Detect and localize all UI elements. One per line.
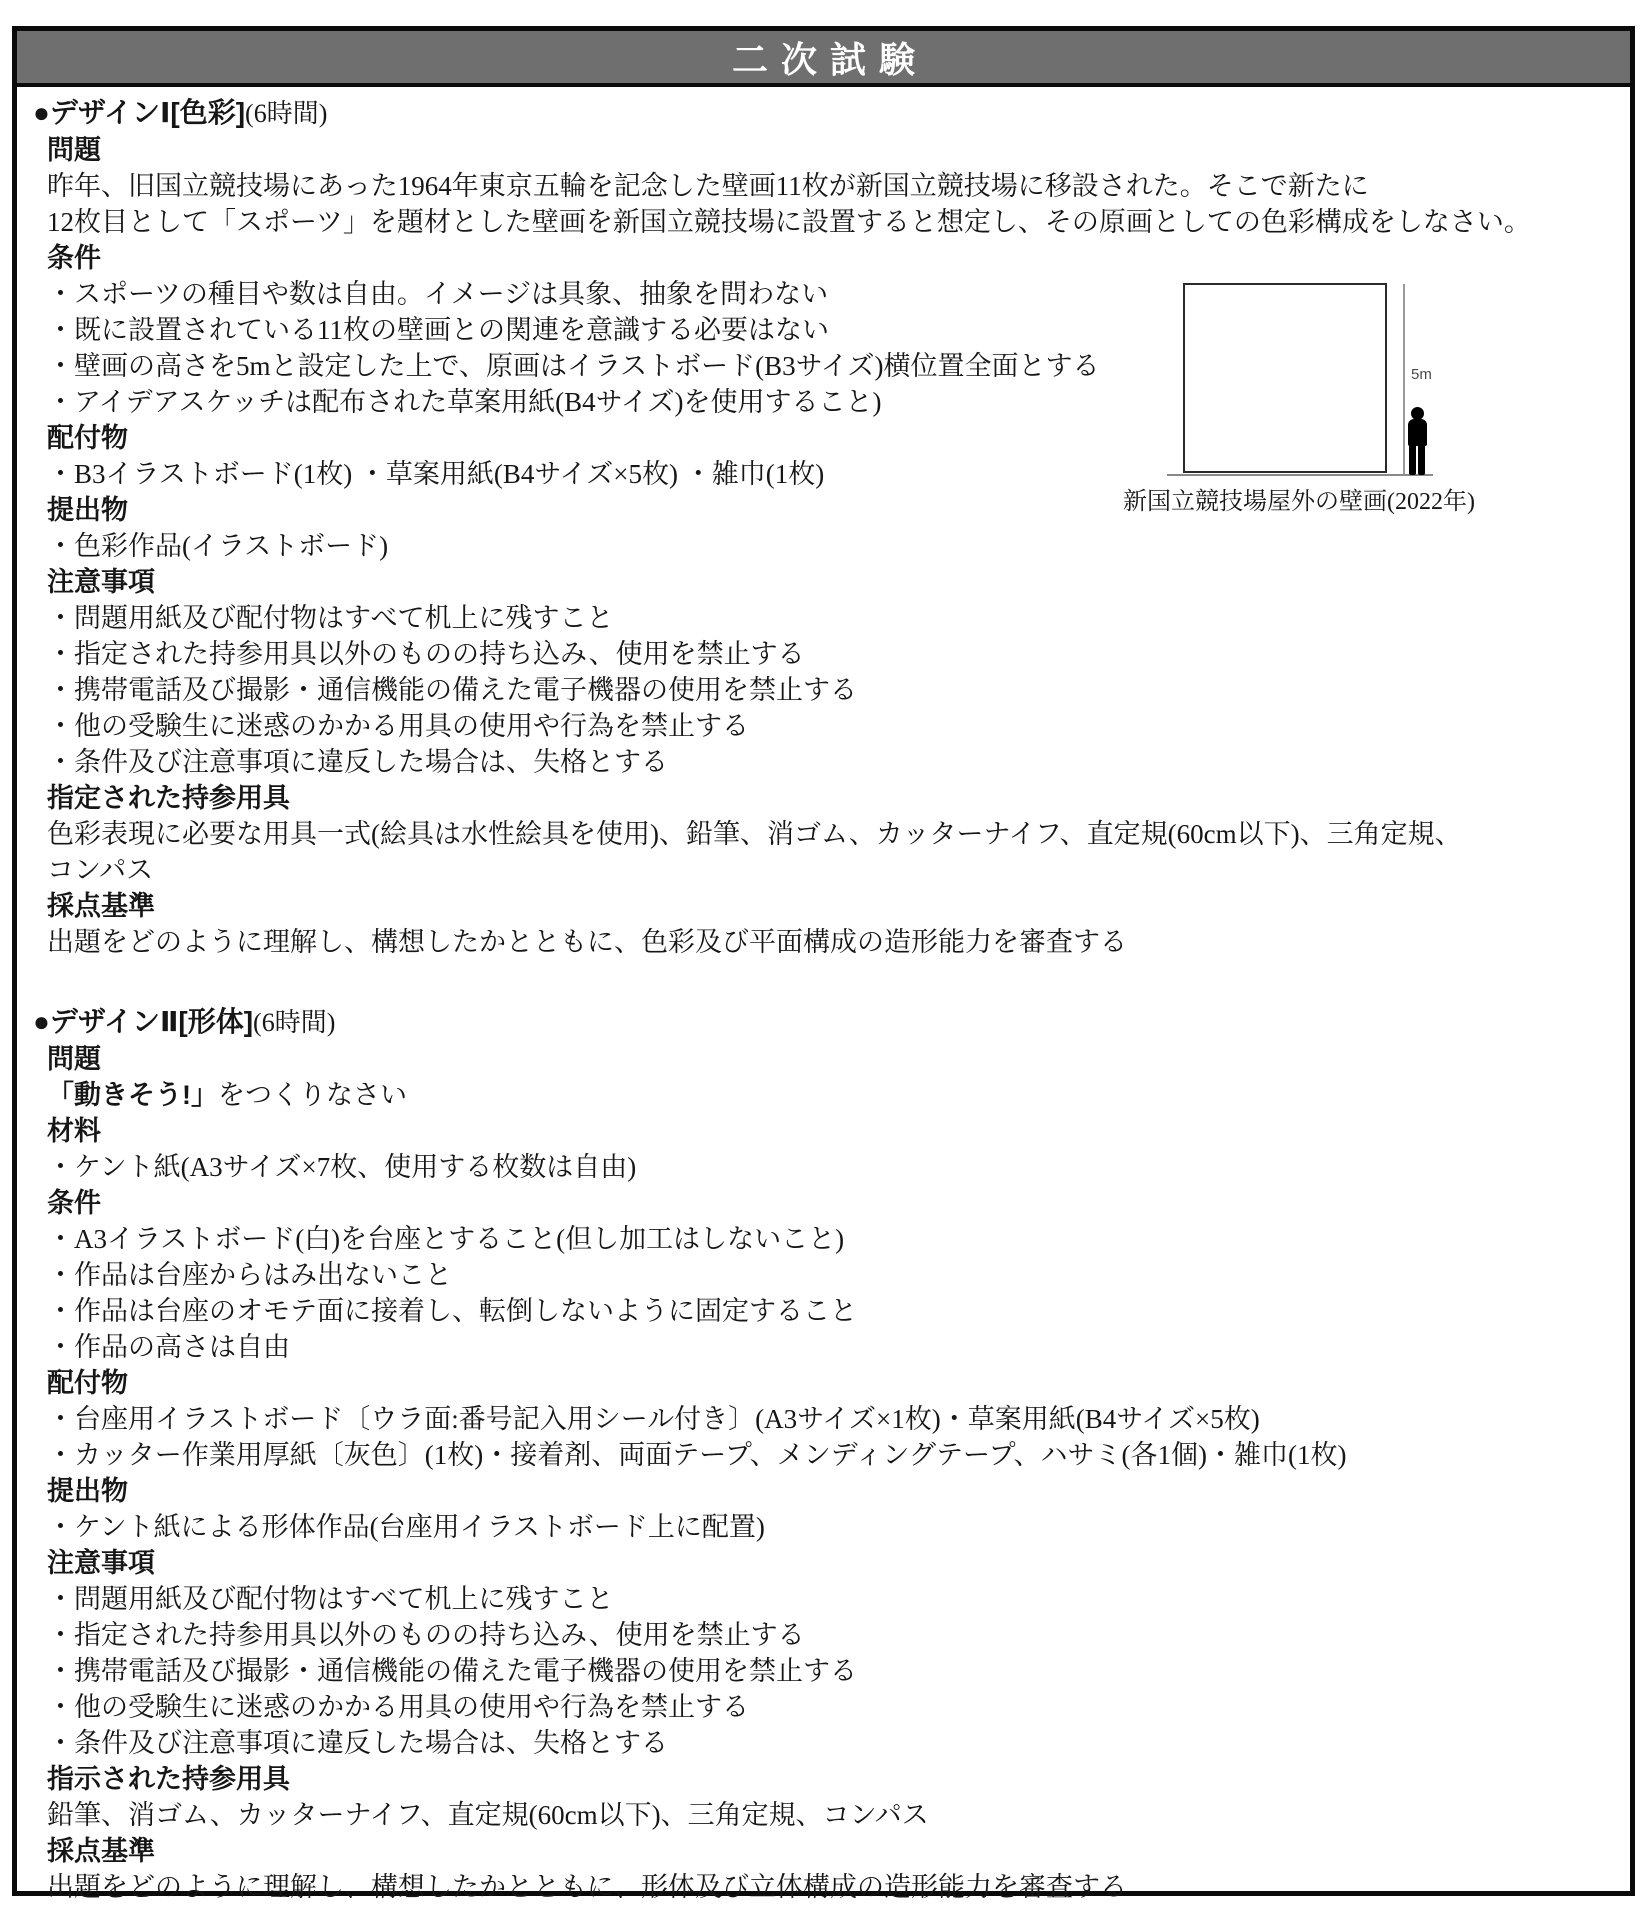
- design2-handout-item: ・台座用イラストボード〔ウラ面:番号記入用シール付き〕(A3サイズ×1枚)・草案…: [47, 1401, 1614, 1437]
- exam-header-bar: 二次試験: [17, 31, 1630, 87]
- design2-notes-heading: 注意事項: [47, 1545, 1614, 1581]
- design1-problem-line-2: 12枚目として「スポーツ」を題材とした壁画を新国立競技場に設置すると想定し、その…: [47, 204, 1614, 240]
- ground-line: [1167, 474, 1433, 476]
- design2-note-item: ・携帯電話及び撮影・通信機能の備えた電子機器の使用を禁止する: [47, 1653, 1614, 1689]
- design2-title: ●デザインⅡ[形体](6時間): [33, 1004, 1614, 1041]
- design1-conditions-heading: 条件: [47, 240, 1614, 276]
- design2-title-hours: (6時間): [253, 1008, 335, 1037]
- person-torso: [1408, 419, 1427, 446]
- design2-conditions-heading: 条件: [47, 1185, 1614, 1221]
- design2-note-item: ・指定された持参用具以外のものの持ち込み、使用を禁止する: [47, 1617, 1614, 1653]
- design1-note-item: ・携帯電話及び撮影・通信機能の備えた電子機器の使用を禁止する: [47, 672, 1614, 708]
- document-body: ●デザインⅠ[色彩](6時間) 問題 昨年、旧国立競技場にあった1964年東京五…: [17, 87, 1630, 1905]
- design2-condition-item: ・作品は台座のオモテ面に接着し、転倒しないように固定すること: [47, 1293, 1614, 1329]
- design1-tools-line-2: コンパス: [47, 852, 1614, 888]
- design2-submission-heading: 提出物: [47, 1473, 1614, 1509]
- design2-note-item: ・条件及び注意事項に違反した場合は、失格とする: [47, 1725, 1614, 1761]
- design1-grading-text: 出題をどのように理解し、構想したかとともに、色彩及び平面構成の造形能力を審査する: [47, 924, 1614, 960]
- design1-problem-line-1: 昨年、旧国立競技場にあった1964年東京五輪を記念した壁画11枚が新国立競技場に…: [47, 168, 1614, 204]
- design2-grading-text: 出題をどのように理解し、構想したかとともに、形体及び立体構成の造形能力を審査する: [47, 1869, 1614, 1905]
- design1-note-item: ・他の受験生に迷惑のかかる用具の使用や行為を禁止する: [47, 708, 1614, 744]
- mural-wall-rectangle: [1183, 283, 1387, 473]
- design2-note-item: ・他の受験生に迷惑のかかる用具の使用や行為を禁止する: [47, 1689, 1614, 1725]
- design1-tools-line-1: 色彩表現に必要な用具一式(絵具は水性絵具を使用)、鉛筆、消ゴム、カッターナイフ、…: [47, 816, 1614, 852]
- design2-material-item: ・ケント紙(A3サイズ×7枚、使用する枚数は自由): [47, 1149, 1614, 1185]
- document-frame: 二次試験 ●デザインⅠ[色彩](6時間) 問題 昨年、旧国立競技場にあった196…: [12, 26, 1635, 1896]
- design1-submission-item: ・色彩作品(イラストボード): [47, 528, 1614, 564]
- design2-handout-item: ・カッター作業用厚紙〔灰色〕(1枚)・接着剤、両面テープ、メンディングテープ、ハ…: [47, 1437, 1614, 1473]
- person-leg: [1418, 446, 1425, 475]
- design2-handouts-heading: 配付物: [47, 1365, 1614, 1401]
- design2-tools-heading: 指示された持参用具: [47, 1761, 1614, 1797]
- design2-problem-rest: をつくりなさい: [218, 1080, 407, 1110]
- design2-tools-text: 鉛筆、消ゴム、カッターナイフ、直定規(60cm以下)、三角定規、コンパス: [47, 1797, 1614, 1833]
- design1-problem-heading: 問題: [47, 132, 1614, 168]
- design1-title-main: ●デザインⅠ[色彩]: [33, 97, 245, 128]
- person-silhouette-icon: [1404, 407, 1430, 475]
- section-design2: ●デザインⅡ[形体](6時間) 問題 「動きそう!」をつくりなさい 材料 ・ケン…: [33, 1004, 1614, 1905]
- mural-scale-figure: 5m 新国立競技場屋外の壁画(2022年): [1167, 283, 1467, 533]
- figure-caption: 新国立競技場屋外の壁画(2022年): [1123, 487, 1475, 517]
- design2-problem-bold: 「動きそう!」: [47, 1080, 218, 1110]
- design1-notes-heading: 注意事項: [47, 564, 1614, 600]
- design1-note-item: ・条件及び注意事項に違反した場合は、失格とする: [47, 744, 1614, 780]
- design2-condition-item: ・作品は台座からはみ出ないこと: [47, 1257, 1614, 1293]
- person-leg: [1409, 446, 1416, 475]
- design2-title-main: ●デザインⅡ[形体]: [33, 1006, 253, 1037]
- design2-grading-heading: 採点基準: [47, 1833, 1614, 1869]
- height-label: 5m: [1411, 357, 1432, 393]
- design2-submission-item: ・ケント紙による形体作品(台座用イラストボード上に配置): [47, 1509, 1614, 1545]
- design2-materials-heading: 材料: [47, 1113, 1614, 1149]
- design2-problem-heading: 問題: [47, 1041, 1614, 1077]
- exam-title: 二次試験: [719, 32, 928, 83]
- design2-problem-line: 「動きそう!」をつくりなさい: [47, 1077, 1614, 1113]
- design1-tools-heading: 指定された持参用具: [47, 780, 1614, 816]
- design1-title: ●デザインⅠ[色彩](6時間): [33, 95, 1614, 132]
- design1-grading-heading: 採点基準: [47, 888, 1614, 924]
- design1-note-item: ・指定された持参用具以外のものの持ち込み、使用を禁止する: [47, 636, 1614, 672]
- design1-title-hours: (6時間): [245, 99, 327, 128]
- design2-condition-item: ・A3イラストボード(白)を台座とすること(但し加工はしないこと): [47, 1221, 1614, 1257]
- design2-condition-item: ・作品の高さは自由: [47, 1329, 1614, 1365]
- person-legs: [1404, 446, 1430, 475]
- design2-note-item: ・問題用紙及び配付物はすべて机上に残すこと: [47, 1581, 1614, 1617]
- design1-note-item: ・問題用紙及び配付物はすべて机上に残すこと: [47, 600, 1614, 636]
